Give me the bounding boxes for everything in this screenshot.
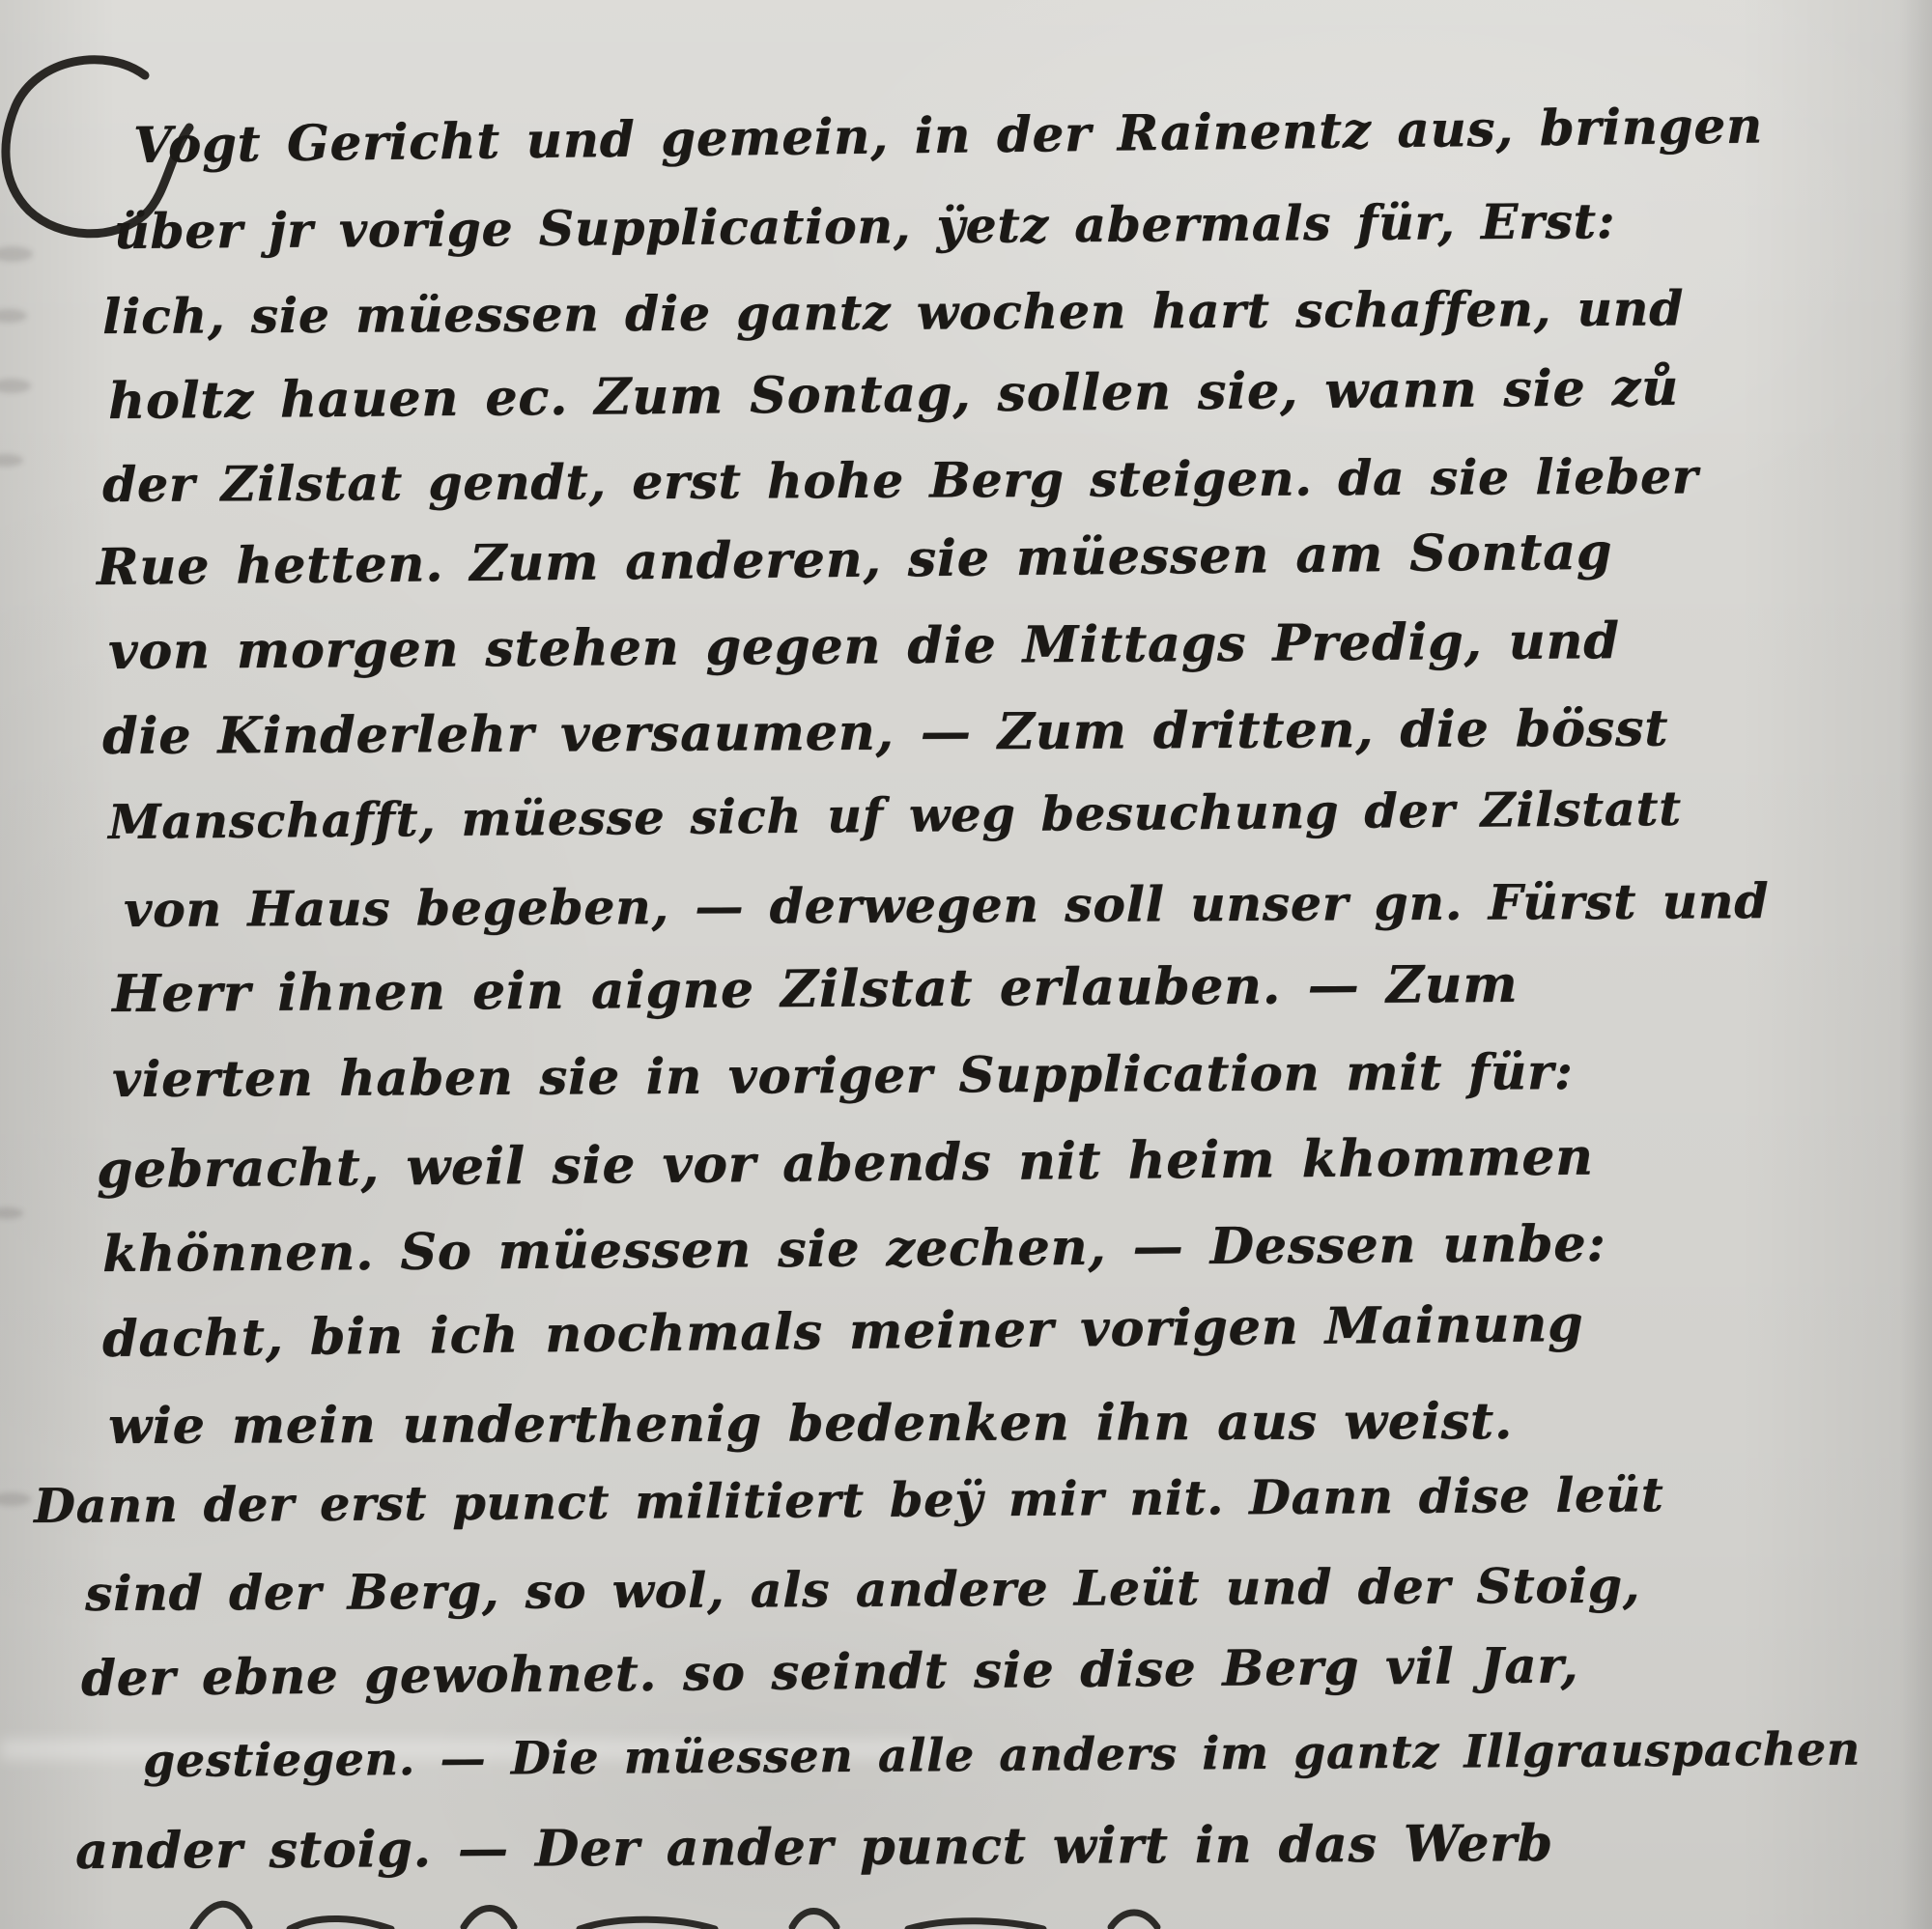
bleedthrough-smudge: [0, 454, 23, 467]
manuscript-line: lich, sie müessen die gantz wochen hart …: [102, 280, 1684, 344]
manuscript-line: wie mein underthenig bedenken ihn aus we…: [108, 1393, 1513, 1456]
manuscript-line: Dann der erst punct militiert beÿ mir ni…: [34, 1467, 1664, 1533]
manuscript-line: Vogt Gericht und gemein, in der Rainentz…: [133, 98, 1764, 174]
bleedthrough-smudge: [0, 309, 27, 323]
bleedthrough-smudge: [0, 379, 31, 393]
manuscript-line: der Zilstat gendt, erst hohe Berg steige…: [102, 448, 1698, 512]
manuscript-line: über jr vorige Supplication, ÿetz aberma…: [114, 193, 1615, 259]
manuscript-line: gebracht, weil sie vor abends nit heim k…: [97, 1127, 1594, 1199]
manuscript-line: khönnen. So müessen sie zechen, — Dessen…: [102, 1215, 1606, 1284]
manuscript-page: Vogt Gericht und gemein, in der Rainentz…: [0, 0, 1932, 1929]
manuscript-line: Manschafft, müesse sich uf weg besuchung…: [108, 781, 1682, 850]
manuscript-line: Herr ihnen ein aigne Zilstat erlauben. —…: [112, 955, 1519, 1024]
bleedthrough-smudge: [0, 1207, 23, 1219]
manuscript-line: vierten haben sie in voriger Supplicatio…: [112, 1044, 1574, 1109]
bleedthrough-smudge: [0, 1492, 31, 1506]
manuscript-line: von Haus begeben, — derwegen soll unser …: [124, 873, 1769, 937]
bleedthrough-smudge: [0, 246, 33, 262]
manuscript-line: die Kinderlehr versaumen, — Zum dritten,…: [102, 700, 1668, 766]
manuscript-line: sind der Berg, so wol, als andere Leüt u…: [85, 1558, 1640, 1622]
manuscript-line: der ebne gewohnet. so seindt sie dise Be…: [81, 1637, 1579, 1707]
partial-line-cutoff: [174, 1888, 1236, 1929]
manuscript-line: Rue hetten. Zum anderen, sie müessen am …: [97, 524, 1613, 597]
manuscript-line: ander stoig. — Der ander punct wirt in d…: [75, 1815, 1553, 1881]
manuscript-line: von morgen stehen gegen die Mittags Pred…: [108, 612, 1620, 681]
manuscript-line: holtz hauen ec. Zum Sontag, sollen sie, …: [108, 359, 1679, 431]
scan-edge-shadow: [1899, 0, 1932, 1929]
manuscript-line: gestiegen. — Die müessen alle anders im …: [143, 1724, 1861, 1788]
manuscript-line: dacht, bin ich nochmals meiner vorigen M…: [102, 1295, 1584, 1369]
